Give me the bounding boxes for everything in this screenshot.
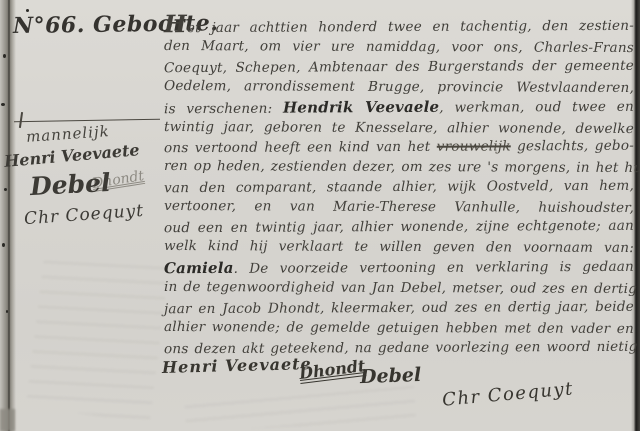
body-line: in de tegenwoordigheid van Jan Debel, me… xyxy=(164,278,634,300)
body-line: Oedelem, arrondissement Brugge, provinci… xyxy=(164,77,634,99)
ink-speck xyxy=(26,9,29,12)
body-segment: , werkman, oud twee en xyxy=(439,98,634,115)
body-segment: den Maart, om vier ure namiddag, voor on… xyxy=(164,38,634,56)
scan-corner-shadow xyxy=(0,409,15,431)
correction-cross-mark xyxy=(19,112,23,128)
margin-signature-debel: Debel xyxy=(29,168,111,201)
margin-signature-coequyt: Chr Coequyt xyxy=(23,201,144,229)
body-line: welk kind hij verklaart te willen geven … xyxy=(164,237,634,259)
body-line: Coequyt, Schepen, Ambtenaar des Burgerst… xyxy=(164,57,634,79)
body-line: van den comparant, staande alhier, wijk … xyxy=(164,177,634,199)
signature-debel: Debel xyxy=(360,364,422,388)
body-segment: oud een en twintig jaar, alhier wonende,… xyxy=(164,218,634,236)
body-segment: welk kind hij verklaart te willen geven … xyxy=(164,238,634,256)
body-segment: alhier wonende; de gemelde getuigen hebb… xyxy=(164,319,634,337)
margin-correction-note: mannelijk xyxy=(25,122,110,146)
bleed-through-ghost-text xyxy=(26,248,170,422)
record-header: N°66. Geboorte. xyxy=(13,11,163,39)
body-segment: is verschenen: xyxy=(164,100,283,117)
body-line: ons vertoond heeft een kind van het vrou… xyxy=(164,137,634,159)
ink-speck xyxy=(1,103,5,106)
correction-line xyxy=(14,119,160,123)
page-fold-shadow xyxy=(0,0,16,431)
body-line: ren op heden, zestienden dezer, om zes u… xyxy=(164,157,634,179)
emphasized-name: Camiela xyxy=(164,259,234,277)
body-segment: geslachts, gebo- xyxy=(511,138,634,155)
body-segment: Coequyt, Schepen, Ambtenaar des Burgerst… xyxy=(164,58,634,76)
emphasized-name: Hendrik Veevaele xyxy=(283,97,439,116)
ink-speck xyxy=(2,243,5,247)
bleed-through-ghost-text xyxy=(184,382,416,431)
signature-coequyt: Chr Coequyt xyxy=(441,378,574,410)
body-line: oud een en twintig jaar, alhier wonende,… xyxy=(164,217,634,239)
body-segment: ons vertoond heeft een kind van het xyxy=(164,139,437,156)
body-line: Het jaar achttien honderd twee en tachen… xyxy=(164,12,634,39)
body-line: alhier wonende; de gemelde getuigen hebb… xyxy=(164,318,634,340)
body-line: vertooner, en van Marie-Therese Vanhulle… xyxy=(164,197,634,219)
body-line: is verschenen: Hendrik Veevaele, werkman… xyxy=(164,96,634,119)
body-segment: ren op heden, zestienden dezer, om zes u… xyxy=(164,158,640,176)
body-segment: in de tegenwoordigheid van Jan Debel, me… xyxy=(164,279,637,297)
ink-speck xyxy=(3,54,6,58)
margin-signature-veevaete: Henri Veevaete xyxy=(3,140,140,171)
scanned-birth-record: N°66. Geboorte. mannelijk Henri Veevaete… xyxy=(0,0,640,431)
body-segment: jaar en Jacob Dhondt, kleermaker, oud ze… xyxy=(164,298,634,316)
record-number: N°66. xyxy=(13,12,85,39)
signature-veevaete: Henri Veevaete xyxy=(162,354,312,377)
body-text: Het jaar achttien honderd twee en tachen… xyxy=(164,13,634,358)
body-segment: Het jaar achttien honderd twee en tachen… xyxy=(164,18,634,36)
body-line: den Maart, om vier ure namiddag, voor on… xyxy=(164,37,634,59)
ink-speck xyxy=(4,188,7,191)
ink-speck xyxy=(6,310,8,313)
body-line: jaar en Jacob Dhondt, kleermaker, oud ze… xyxy=(164,297,634,319)
body-segment: vertooner, en van Marie-Therese Vanhulle… xyxy=(164,198,634,216)
struck-word: vrouwelijk xyxy=(437,139,511,155)
body-segment: twintig jaar, geboren te Knesselare, alh… xyxy=(164,119,634,137)
body-segment: ons dezen akt geteekend, na gedane voorl… xyxy=(164,338,640,357)
body-segment: van den comparant, staande alhier, wijk … xyxy=(164,178,634,196)
body-segment: Oedelem, arrondissement Brugge, provinci… xyxy=(164,78,634,96)
body-segment: . De voorzeide vertooning en verklaring … xyxy=(234,259,634,277)
body-line: Camiela. De voorzeide vertooning en verk… xyxy=(164,257,634,280)
